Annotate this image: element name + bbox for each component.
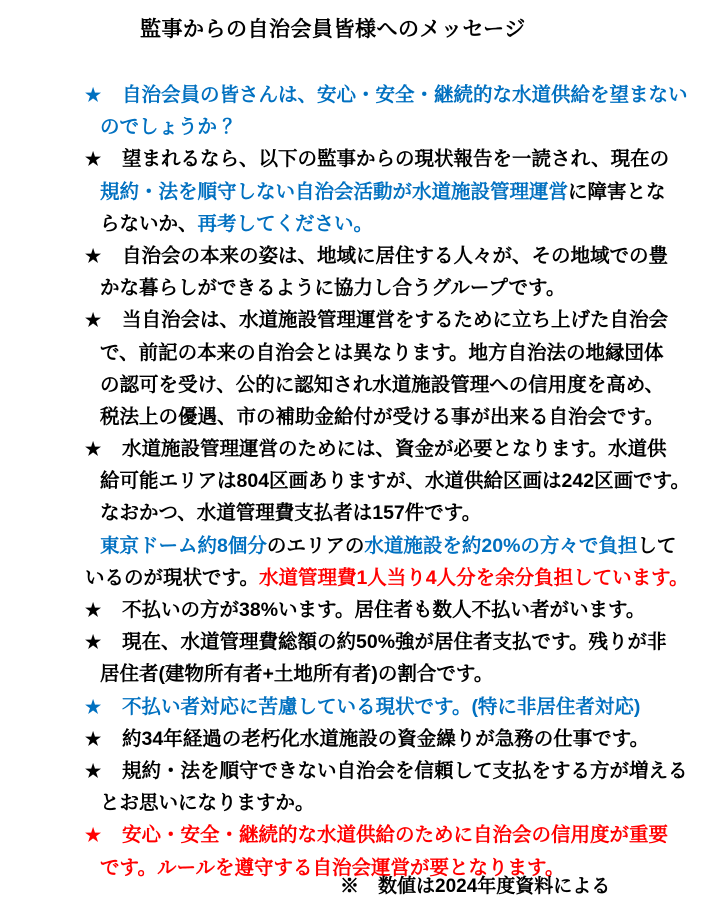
text-segment: 当自治会は、水道施設管理運営をするために立ち上げた自治会 bbox=[122, 309, 668, 331]
text-segment: で、前記の本来の自治会とは異なります。地方自治法の地縁団体 bbox=[100, 342, 664, 364]
text-line: 規約・法を順守しない自治会活動が水道施設管理運営に障害とな bbox=[0, 176, 724, 208]
text-segment: 給可能エリアは804区画ありますが、水道供給区画は242区画です。 bbox=[100, 470, 690, 492]
text-line: なおかつ、水道管理費支払者は157件です。 bbox=[0, 497, 724, 529]
text-segment: 不払いの方が38%います。居住者も数人不払い者がいます。 bbox=[122, 599, 645, 621]
text-segment: 自治会の本来の姿は、地域に居住する人々が、その地域での豊 bbox=[122, 245, 668, 267]
text-segment: 規約・法を順守できない自治会を信頼して支払をする方が増える bbox=[122, 760, 688, 782]
text-segment: とお思いになりますか。 bbox=[100, 792, 315, 814]
star-bullet-icon: ★ bbox=[85, 626, 122, 658]
text-segment: 現在、水道管理費総額の約50%強が居住者支払です。残りが非 bbox=[122, 631, 666, 653]
text-line: ★規約・法を順守できない自治会を信頼して支払をする方が増える bbox=[0, 755, 724, 787]
star-bullet-icon: ★ bbox=[85, 691, 122, 723]
text-line: ★水道施設管理運営のためには、資金が必要となります。水道供 bbox=[0, 433, 724, 465]
footnote-text: ※ 数値は2024年度資料による bbox=[340, 876, 610, 897]
text-segment: 水道施設を約20%の方々で負担 bbox=[364, 535, 637, 557]
text-line: ★約34年経過の老朽化水道施設の資金繰りが急務の仕事です。 bbox=[0, 723, 724, 755]
star-bullet-icon: ★ bbox=[85, 433, 122, 465]
text-segment: の認可を受け、公的に認知され水道施設管理への信用度を高め、 bbox=[100, 374, 664, 396]
star-bullet-icon: ★ bbox=[85, 240, 122, 272]
text-line: ★望まれるなら、以下の監事からの現状報告を一読され、現在の bbox=[0, 143, 724, 175]
text-line: 東京ドーム約8個分のエリアの水道施設を約20%の方々で負担して bbox=[0, 530, 724, 562]
text-line: で、前記の本来の自治会とは異なります。地方自治法の地縁団体 bbox=[0, 337, 724, 369]
star-bullet-icon: ★ bbox=[85, 819, 122, 851]
text-segment: のエリアの bbox=[267, 535, 365, 557]
text-segment: 不払い者対応に苦慮している現状です。(特に非居住者対応) bbox=[122, 696, 640, 718]
text-line: ★当自治会は、水道施設管理運営をするために立ち上げた自治会 bbox=[0, 304, 724, 336]
text-line: 税法上の優遇、市の補助金給付が受ける事が出来る自治会です。 bbox=[0, 401, 724, 433]
page-title: 監事からの自治会員皆様へのメッセージ bbox=[140, 13, 526, 43]
footnote: ※ 数値は2024年度資料による bbox=[340, 874, 610, 900]
text-segment: 約34年経過の老朽化水道施設の資金繰りが急務の仕事です。 bbox=[122, 728, 649, 750]
text-segment: 居住者(建物所有者+土地所有者)の割合です。 bbox=[100, 663, 493, 685]
text-line: ★現在、水道管理費総額の約50%強が居住者支払です。残りが非 bbox=[0, 626, 724, 658]
star-bullet-icon: ★ bbox=[85, 143, 122, 175]
text-line: とお思いになりますか。 bbox=[0, 787, 724, 819]
text-segment: 規約・法を順守しない自治会活動が水道施設管理運営 bbox=[100, 181, 568, 203]
text-line: の認可を受け、公的に認知され水道施設管理への信用度を高め、 bbox=[0, 369, 724, 401]
text-line: ★不払いの方が38%います。居住者も数人不払い者がいます。 bbox=[0, 594, 724, 626]
text-line: 居住者(建物所有者+土地所有者)の割合です。 bbox=[0, 658, 724, 690]
text-segment: かな暮らしができるように協力し合うグループです。 bbox=[100, 277, 565, 299]
star-bullet-icon: ★ bbox=[85, 755, 122, 787]
text-segment: 税法上の優遇、市の補助金給付が受ける事が出来る自治会です。 bbox=[100, 406, 664, 428]
text-line: ★安心・安全・継続的な水道供給のために自治会の信用度が重要 bbox=[0, 819, 724, 851]
text-line: らないか、再考してください。 bbox=[0, 208, 724, 240]
star-bullet-icon: ★ bbox=[85, 723, 122, 755]
text-segment: なおかつ、水道管理費支払者は157件です。 bbox=[100, 502, 481, 524]
star-bullet-icon: ★ bbox=[85, 79, 122, 111]
text-line: ★不払い者対応に苦慮している現状です。(特に非居住者対応) bbox=[0, 691, 724, 723]
text-segment: に障害とな bbox=[568, 181, 666, 203]
text-segment: 水道施設管理運営のためには、資金が必要となります。水道供 bbox=[122, 438, 666, 460]
text-line: 給可能エリアは804区画ありますが、水道供給区画は242区画です。 bbox=[0, 465, 724, 497]
text-line: のでしょうか ？ bbox=[0, 111, 724, 143]
text-segment: 安心・安全・継続的な水道供給のために自治会の信用度が重要 bbox=[122, 824, 668, 846]
star-bullet-icon: ★ bbox=[85, 304, 122, 336]
message-body: ★自治会員の皆さんは、安心・安全・継続的な水道供給を望まないのでしょうか ？★望… bbox=[0, 79, 724, 884]
text-segment: 東京ドーム約8個分 bbox=[100, 535, 267, 557]
text-segment: らないか、 bbox=[100, 213, 198, 235]
text-segment: のでしょうか ？ bbox=[100, 116, 242, 138]
text-segment: 水道管理費1人当り4人分を余分負担しています。 bbox=[259, 567, 689, 589]
text-segment: 望まれるなら、以下の監事からの現状報告を一読され、現在の bbox=[122, 148, 669, 170]
text-line: かな暮らしができるように協力し合うグループです。 bbox=[0, 272, 724, 304]
text-segment: 再考してください。 bbox=[198, 213, 374, 235]
text-segment: して bbox=[637, 535, 676, 557]
text-segment: いるのが現状です。 bbox=[85, 567, 259, 589]
text-line: いるのが現状です。水道管理費1人当り4人分を余分負担しています。 bbox=[0, 562, 724, 594]
text-segment: 自治会員の皆さんは、安心・安全・継続的な水道供給を望まない bbox=[122, 84, 688, 106]
text-line: ★自治会員の皆さんは、安心・安全・継続的な水道供給を望まない bbox=[0, 79, 724, 111]
star-bullet-icon: ★ bbox=[85, 594, 122, 626]
text-line: ★自治会の本来の姿は、地域に居住する人々が、その地域での豊 bbox=[0, 240, 724, 272]
message-document: 監事からの自治会員皆様へのメッセージ ★自治会員の皆さんは、安心・安全・継続的な… bbox=[0, 0, 724, 917]
